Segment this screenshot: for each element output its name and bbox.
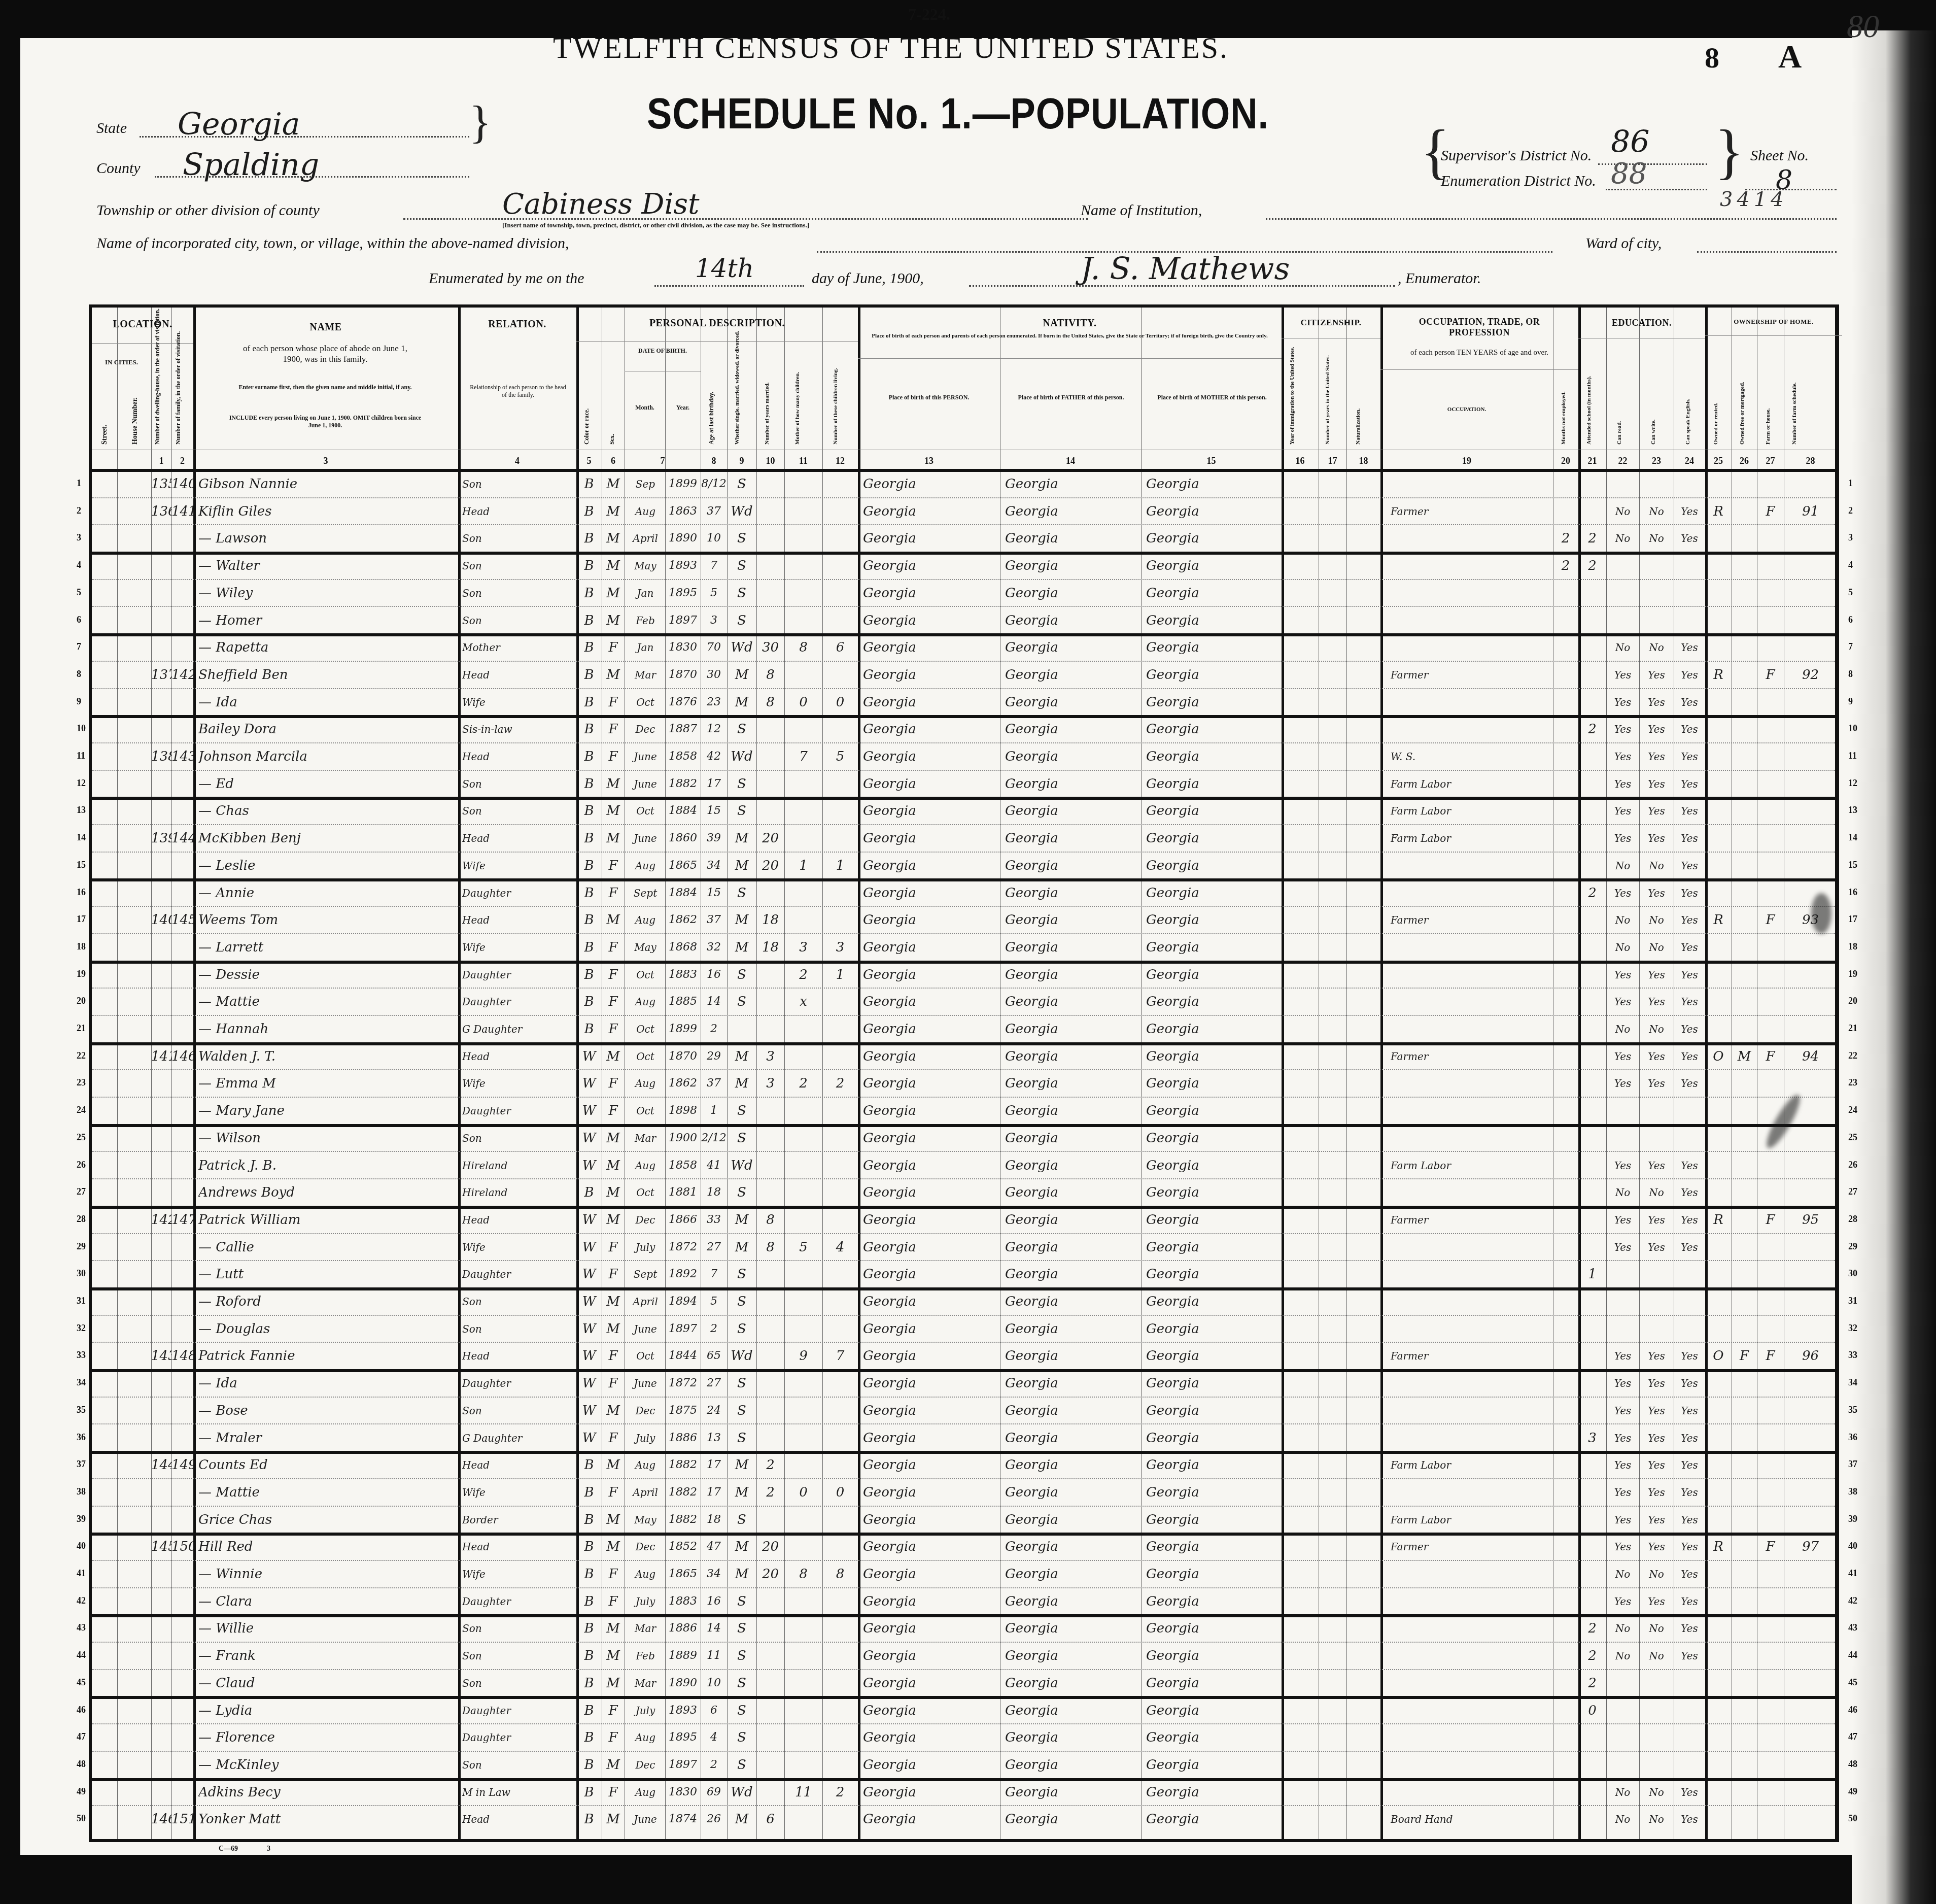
cell-mother-of [784,718,822,740]
cell-occupation: W. S. [1391,745,1550,768]
cell-name: — Ed [198,773,455,795]
cell-occupation [1391,1236,1550,1259]
cell-school [1578,1808,1606,1830]
cell-years-married [756,1590,784,1613]
cell-birth-father: Georgia [1005,636,1139,659]
house-label: House Number. [131,381,140,445]
cell-year: 1858 [665,1154,701,1177]
cell-read [1606,555,1639,577]
cell-birth-father: Georgia [1005,1372,1139,1395]
cell-free [1732,1018,1757,1040]
cell-write [1639,555,1674,577]
cell-birth-person: Georgia [863,1290,997,1313]
col-num: 13 [858,456,1000,466]
cell-birth-father: Georgia [1005,1536,1139,1558]
cell-name: Andrews Boyd [198,1181,455,1204]
cell-occupation [1391,1372,1550,1395]
cell-color: B [576,936,602,959]
cell-birth-person: Georgia [863,1509,997,1531]
cell-owned [1705,1808,1732,1830]
line-number-left: 8 [77,669,81,679]
cell-unemployed [1553,609,1578,632]
line-number-right: 40 [1848,1541,1857,1551]
cell-years-married [756,1427,784,1449]
cell-english [1674,1290,1705,1313]
cell-schedule [1784,1127,1837,1149]
cell-family: 145 [171,909,193,931]
cell-month: July [626,1590,665,1613]
cell-marital: S [727,1427,756,1449]
cell-write: Yes [1639,882,1674,904]
cell-relation: Head [462,1536,574,1558]
line-number-left: 1 [77,478,81,489]
cell-occupation [1391,1617,1550,1640]
cell-occupation: Farm Labor [1391,1154,1550,1177]
line-number-right: 17 [1848,914,1857,925]
cell-marital: S [727,555,756,577]
cell-unemployed [1553,1645,1578,1667]
cell-birth-person: Georgia [863,745,997,768]
cell-read [1606,1318,1639,1340]
cell-birth-person: Georgia [863,1127,997,1149]
cell-marital: M [727,1808,756,1830]
cell-month: Jan [626,582,665,604]
cell-living [822,1808,858,1830]
cell-month: Aug [626,855,665,877]
cell-age: 14 [701,991,727,1013]
cell-occupation: Farm Labor [1391,773,1550,795]
cell-unemployed [1553,1590,1578,1613]
cell-occupation [1391,1072,1550,1095]
cell-living [822,527,858,550]
table-row: — IdaWifeBFOct187623M800GeorgiaGeorgiaGe… [92,688,1835,716]
cell-read: Yes [1606,745,1639,768]
cell-mother-of: 2 [784,1072,822,1095]
cell-color: W [576,1290,602,1313]
cell-free [1732,1617,1757,1640]
cell-farm [1757,991,1784,1013]
cell-english [1674,1672,1705,1694]
cell-english: Yes [1674,1509,1705,1531]
line-number-right: 27 [1848,1186,1857,1197]
cell-free [1732,527,1757,550]
cell-family [171,609,193,632]
table-row: — DouglasSonWMJune18972SGeorgiaGeorgiaGe… [92,1315,1835,1342]
cell-owned [1705,1100,1732,1122]
cell-birth-mother: Georgia [1146,1617,1281,1640]
cell-write: Yes [1639,1154,1674,1177]
cell-read: No [1606,1808,1639,1830]
cell-free [1732,1263,1757,1285]
cell-year: 1862 [665,1072,701,1095]
group-ownership: OWNERSHIP OF HOME. [1705,318,1842,326]
cell-schedule [1784,1236,1837,1259]
cell-mother-of: 8 [784,1563,822,1585]
cell-mother-of [784,1045,822,1068]
cell-color: B [576,745,602,768]
cell-owned: R [1705,500,1732,523]
cell-family [171,882,193,904]
cell-color: B [576,1781,602,1804]
cell-name: Patrick William [198,1209,455,1231]
table-row: — FrankSonBMFeb188911SGeorgiaGeorgiaGeor… [92,1642,1835,1669]
cell-owned [1705,1318,1732,1340]
cell-english: Yes [1674,691,1705,713]
cell-write: No [1639,636,1674,659]
cell-free [1732,882,1757,904]
cell-school [1578,1536,1606,1558]
cell-farm [1757,773,1784,795]
cell-year: 1865 [665,855,701,877]
cell-age: 5 [701,1290,727,1313]
cell-year: 1870 [665,1045,701,1068]
cell-living [822,1100,858,1122]
cell-occupation [1391,718,1550,740]
line-number-left: 44 [77,1650,86,1660]
cell-read: Yes [1606,1509,1639,1531]
cell-birth-father: Georgia [1005,964,1139,986]
cell-farm [1757,1318,1784,1340]
cell-mother-of [784,582,822,604]
cell-sex: F [602,1236,625,1259]
cell-farm: F [1757,909,1784,931]
line-number-right: 14 [1848,832,1857,843]
cell-occupation [1391,1127,1550,1149]
cell-birth-person: Georgia [863,773,997,795]
cell-mother-of [784,827,822,849]
cell-age: 17 [701,773,727,795]
cell-year: 1872 [665,1372,701,1395]
cell-birth-father: Georgia [1005,609,1139,632]
table-row: Grice ChasBorderBMMay188218SGeorgiaGeorg… [92,1506,1835,1533]
cell-dwelling [151,1481,171,1504]
cell-relation: Head [462,909,574,931]
cell-mother-of [784,664,822,686]
cell-years-married: 30 [756,636,784,659]
cell-owned [1705,1400,1732,1422]
cell-marital: S [727,1699,756,1722]
cell-year: 1889 [665,1645,701,1667]
cell-free [1732,718,1757,740]
cell-write: Yes [1639,1072,1674,1095]
cell-year: 1883 [665,964,701,986]
cell-marital: M [727,855,756,877]
cell-birth-mother: Georgia [1146,1536,1281,1558]
enumerated-day: 14th [695,254,754,283]
line-number-right: 33 [1848,1350,1857,1361]
cell-unemployed [1553,1617,1578,1640]
cell-birth-mother: Georgia [1146,827,1281,849]
line-number-right: 19 [1848,969,1857,979]
table-row: 137142Sheffield BenHeadBMMar187030M8Geor… [92,661,1835,688]
cell-occupation [1391,582,1550,604]
line-number-right: 35 [1848,1405,1857,1415]
cell-sex: M [602,500,625,523]
cell-relation: Mother [462,636,574,659]
cell-family [171,1754,193,1776]
cell-free [1732,1100,1757,1122]
cell-school [1578,1100,1606,1122]
line-number-left: 25 [77,1132,86,1143]
cell-color: B [576,1590,602,1613]
cell-relation: Wife [462,1072,574,1095]
cell-age: 27 [701,1236,727,1259]
cell-school [1578,1236,1606,1259]
cell-living [822,609,858,632]
cell-schedule [1784,1699,1837,1722]
supervisor-value: 86 [1611,124,1649,160]
cell-sex: F [602,882,625,904]
line-number-left: 19 [77,969,86,979]
cell-year: 1899 [665,473,701,495]
table-row: — EdSonBMJune188217SGeorgiaGeorgiaGeorgi… [92,770,1835,797]
cell-owned [1705,582,1732,604]
cell-schedule [1784,1563,1837,1585]
cell-sex: M [602,909,625,931]
cell-birth-mother: Georgia [1146,745,1281,768]
cell-sex: F [602,1072,625,1095]
line-number-right: 9 [1848,696,1853,707]
cell-school: 2 [1578,1645,1606,1667]
cell-owned [1705,691,1732,713]
cell-year: 1858 [665,745,701,768]
cell-school [1578,1481,1606,1504]
cell-name: Walden J. T. [198,1045,455,1068]
cell-dwelling [151,1072,171,1095]
cell-living: 2 [822,1781,858,1804]
cell-living [822,1536,858,1558]
cell-write [1639,1754,1674,1776]
cell-owned [1705,1754,1732,1776]
cell-years-married: 20 [756,855,784,877]
table-row: — IdaDaughterWFJune187227SGeorgiaGeorgia… [92,1369,1835,1397]
cell-birth-father: Georgia [1005,1345,1139,1367]
cell-living [822,473,858,495]
cell-age: 1 [701,1100,727,1122]
table-row: 139144McKibben BenjHeadBMJune186039M20Ge… [92,824,1835,852]
family-label: Number of family, in the order of visita… [175,343,182,445]
naturalization-label: Naturalization. [1355,373,1361,445]
county-value: Spalding [183,147,319,183]
cell-color: B [576,1454,602,1476]
cell-dwelling [151,1726,171,1749]
cell-english [1674,1100,1705,1122]
line-number-left: 18 [77,941,86,952]
cell-occupation [1391,1481,1550,1504]
cell-living [822,1726,858,1749]
cell-birth-mother: Georgia [1146,882,1281,904]
cell-family [171,1018,193,1040]
cell-read [1606,1127,1639,1149]
cell-school [1578,1400,1606,1422]
cell-years-married: 3 [756,1072,784,1095]
cell-month: Oct [626,800,665,822]
cell-mother-of [784,1400,822,1422]
cell-living [822,1181,858,1204]
cell-schedule: 94 [1784,1045,1837,1068]
cell-month: Oct [626,964,665,986]
cell-read: Yes [1606,1427,1639,1449]
cell-years-married [756,555,784,577]
cell-living: 7 [822,1345,858,1367]
cell-birth-person: Georgia [863,1100,997,1122]
cell-school [1578,1290,1606,1313]
line-number-left: 24 [77,1105,86,1115]
cell-birth-mother: Georgia [1146,1699,1281,1722]
cell-unemployed [1553,800,1578,822]
cell-free [1732,664,1757,686]
cell-relation: Daughter [462,1699,574,1722]
cell-birth-person: Georgia [863,882,997,904]
cell-name: Gibson Nannie [198,473,455,495]
cell-relation: Head [462,500,574,523]
cell-english: Yes [1674,1454,1705,1476]
cell-mother-of [784,1699,822,1722]
cell-read: Yes [1606,827,1639,849]
col-num: 26 [1732,456,1757,466]
cell-read: Yes [1606,718,1639,740]
line-number-right: 22 [1848,1050,1857,1061]
cell-month: Dec [626,1209,665,1231]
cell-year: 1898 [665,1100,701,1122]
cell-living [822,1672,858,1694]
cell-family: 149 [171,1454,193,1476]
cell-birth-mother: Georgia [1146,1754,1281,1776]
cell-farm [1757,827,1784,849]
line-number-left: 4 [77,560,81,570]
cell-schedule [1784,1754,1837,1776]
cell-write: No [1639,1808,1674,1830]
cell-free [1732,1699,1757,1722]
cell-month: June [626,827,665,849]
cell-unemployed [1553,473,1578,495]
cell-years-married: 20 [756,1536,784,1558]
cell-name: — Lawson [198,527,455,550]
cell-age: 17 [701,1481,727,1504]
cell-dwelling [151,691,171,713]
cell-sex: F [602,1427,625,1449]
cell-read: Yes [1606,1154,1639,1177]
cell-age: 7 [701,1263,727,1285]
cell-year: 1881 [665,1181,701,1204]
cell-birth-mother: Georgia [1146,1072,1281,1095]
cell-owned [1705,527,1732,550]
cell-birth-person: Georgia [863,1372,997,1395]
cell-marital: S [727,964,756,986]
cell-sex: M [602,1209,625,1231]
cell-month: Aug [626,500,665,523]
cell-relation: G Daughter [462,1427,574,1449]
col-num: 2 [171,456,193,466]
cell-living [822,1699,858,1722]
cell-occupation [1391,1563,1550,1585]
cell-dwelling [151,882,171,904]
cell-farm [1757,1018,1784,1040]
cell-unemployed [1553,1236,1578,1259]
cell-occupation [1391,1318,1550,1340]
cell-english: Yes [1674,1563,1705,1585]
cell-sex: M [602,1672,625,1694]
cell-school [1578,1754,1606,1776]
year-label: Year. [665,404,701,412]
cell-write [1639,1127,1674,1149]
cell-years-married: 3 [756,1045,784,1068]
cell-dwelling [151,1427,171,1449]
line-number-left: 43 [77,1622,86,1633]
cell-relation: Son [462,609,574,632]
cell-living: 0 [822,1481,858,1504]
cell-unemployed: 2 [1553,527,1578,550]
cell-month: June [626,1318,665,1340]
cell-schedule [1784,555,1837,577]
cell-free [1732,1672,1757,1694]
cell-birth-mother: Georgia [1146,527,1281,550]
cell-month: Aug [626,909,665,931]
cell-dwelling: 139 [151,827,171,849]
cell-month: May [626,936,665,959]
cell-age: 29 [701,1045,727,1068]
cell-age: 15 [701,882,727,904]
line-number-right: 28 [1848,1214,1857,1225]
cell-free [1732,582,1757,604]
col-num: 15 [1141,456,1282,466]
cell-write: Yes [1639,745,1674,768]
cell-year: 1872 [665,1236,701,1259]
cell-unemployed [1553,1154,1578,1177]
cell-birth-mother: Georgia [1146,1481,1281,1504]
cell-occupation [1391,1672,1550,1694]
cell-living [822,1617,858,1640]
line-number-left: 50 [77,1813,86,1824]
cell-free [1732,1154,1757,1177]
cell-unemployed [1553,882,1578,904]
line-number-left: 7 [77,641,81,652]
cell-mother-of [784,1209,822,1231]
cell-birth-person: Georgia [863,1318,997,1340]
cell-marital: M [727,691,756,713]
cell-relation: Hireland [462,1181,574,1204]
cell-school [1578,1726,1606,1749]
line-number-right: 42 [1848,1595,1857,1606]
cell-family [171,991,193,1013]
cell-schedule: 92 [1784,664,1837,686]
cell-sex: M [602,609,625,632]
cell-year: 1893 [665,1699,701,1722]
cell-birth-father: Georgia [1005,855,1139,877]
cell-occupation [1391,882,1550,904]
cell-birth-father: Georgia [1005,1781,1139,1804]
cell-free [1732,773,1757,795]
cell-relation: Sis-in-law [462,718,574,740]
cell-schedule: 96 [1784,1345,1837,1367]
corner-mark: 80 [1847,8,1879,45]
cell-mother-of: 8 [784,636,822,659]
cell-unemployed [1553,1726,1578,1749]
cell-family: 142 [171,664,193,686]
cell-month: June [626,1808,665,1830]
cell-occupation [1391,855,1550,877]
cell-mother-of [784,1645,822,1667]
page-side: A [1778,38,1802,76]
birth-father-label: Place of birth of FATHER of this person. [1005,394,1137,401]
cell-write [1639,1672,1674,1694]
table-row: 136141Kiflin GilesHeadBMAug186337WdGeorg… [92,497,1835,525]
cell-free [1732,1563,1757,1585]
cell-farm: F [1757,1536,1784,1558]
cell-write: Yes [1639,1481,1674,1504]
cell-color: W [576,1263,602,1285]
cell-occupation [1391,936,1550,959]
